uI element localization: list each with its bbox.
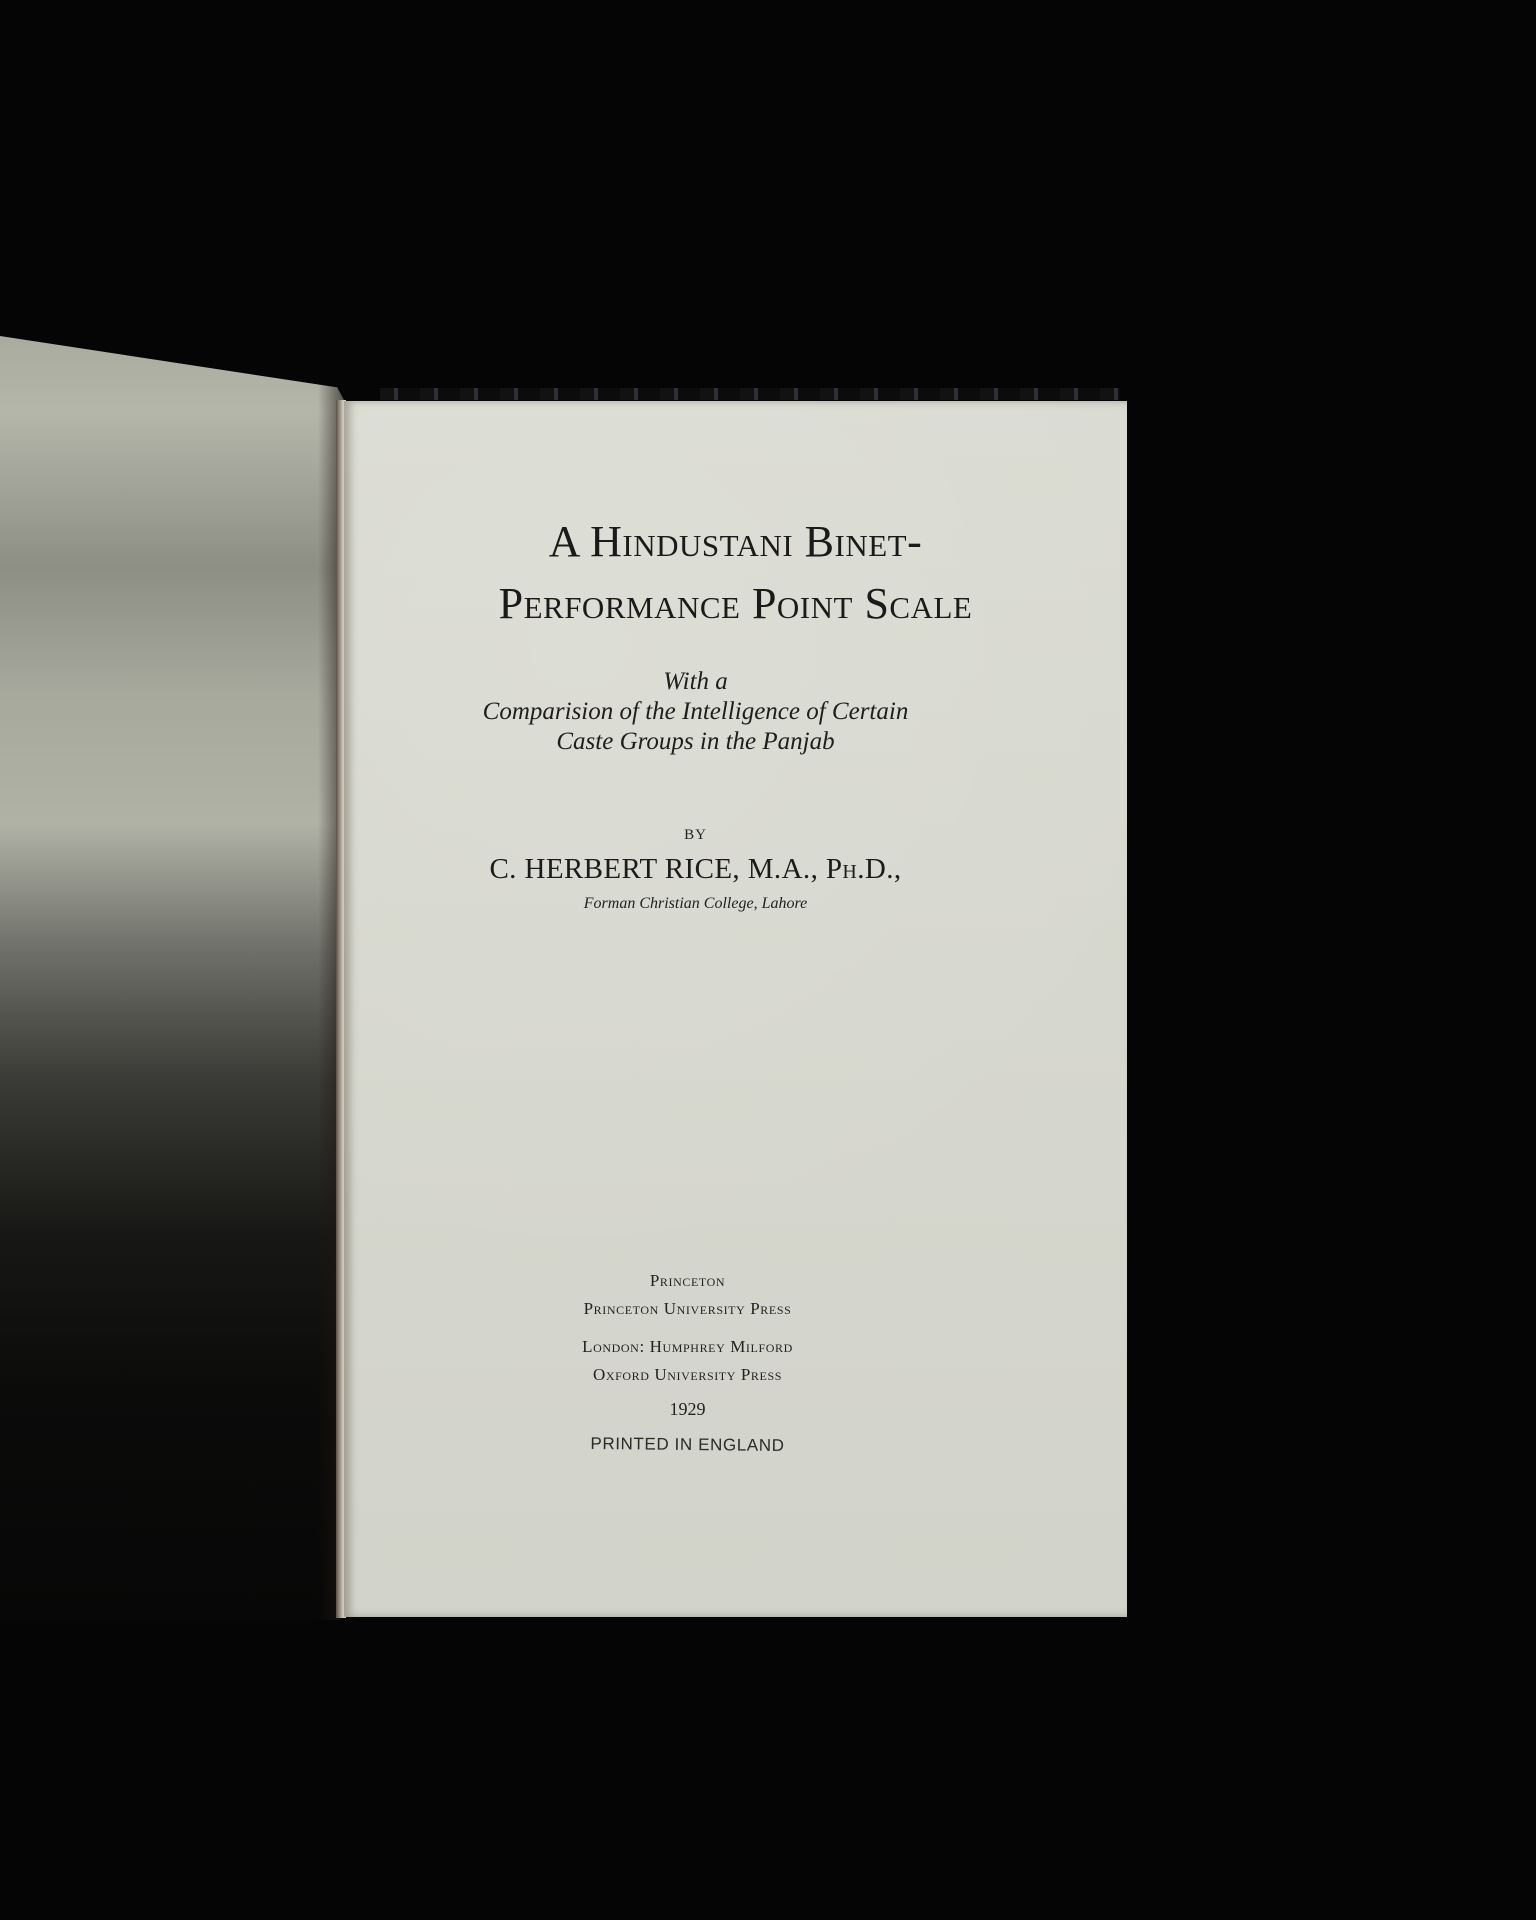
by-label: BY: [304, 827, 1087, 844]
book-subtitle: With a Comparision of the Intelligence o…: [304, 667, 1087, 757]
title-line-1: A Hindustani Binet-: [344, 511, 1127, 573]
author-affiliation: Forman Christian College, Lahore: [304, 895, 1087, 913]
author-name: C. HERBERT RICE, M.A., Ph.D.,: [304, 853, 1087, 886]
publication-year: 1929: [296, 1399, 1079, 1420]
author-degree: Ph.D.,: [826, 853, 902, 885]
book-title: A Hindustani Binet- Performance Point Sc…: [344, 511, 1127, 635]
title-line-2: Performance Point Scale: [344, 573, 1127, 635]
left-page-blank: [0, 336, 344, 1620]
imprint-publisher: Princeton University Press: [296, 1295, 1079, 1323]
subtitle-line-2: Comparision of the Intelligence of Certa…: [304, 697, 1087, 727]
publisher-imprint: Princeton Princeton University Press Lon…: [296, 1267, 1079, 1389]
author-name-text: C. HERBERT RICE, M.A.,: [489, 853, 818, 885]
imprint-oxford: Oxford University Press: [296, 1361, 1079, 1389]
imprint-city: Princeton: [296, 1267, 1079, 1295]
printed-in-stamp: PRINTED IN ENGLAND: [296, 1431, 1079, 1459]
title-page: A Hindustani Binet- Performance Point Sc…: [344, 401, 1127, 1617]
subtitle-line-3: Caste Groups in the Panjab: [304, 727, 1087, 757]
page-top-edge: [380, 388, 1120, 400]
imprint-london: London: Humphrey Milford: [296, 1333, 1079, 1361]
subtitle-line-1: With a: [304, 667, 1087, 697]
